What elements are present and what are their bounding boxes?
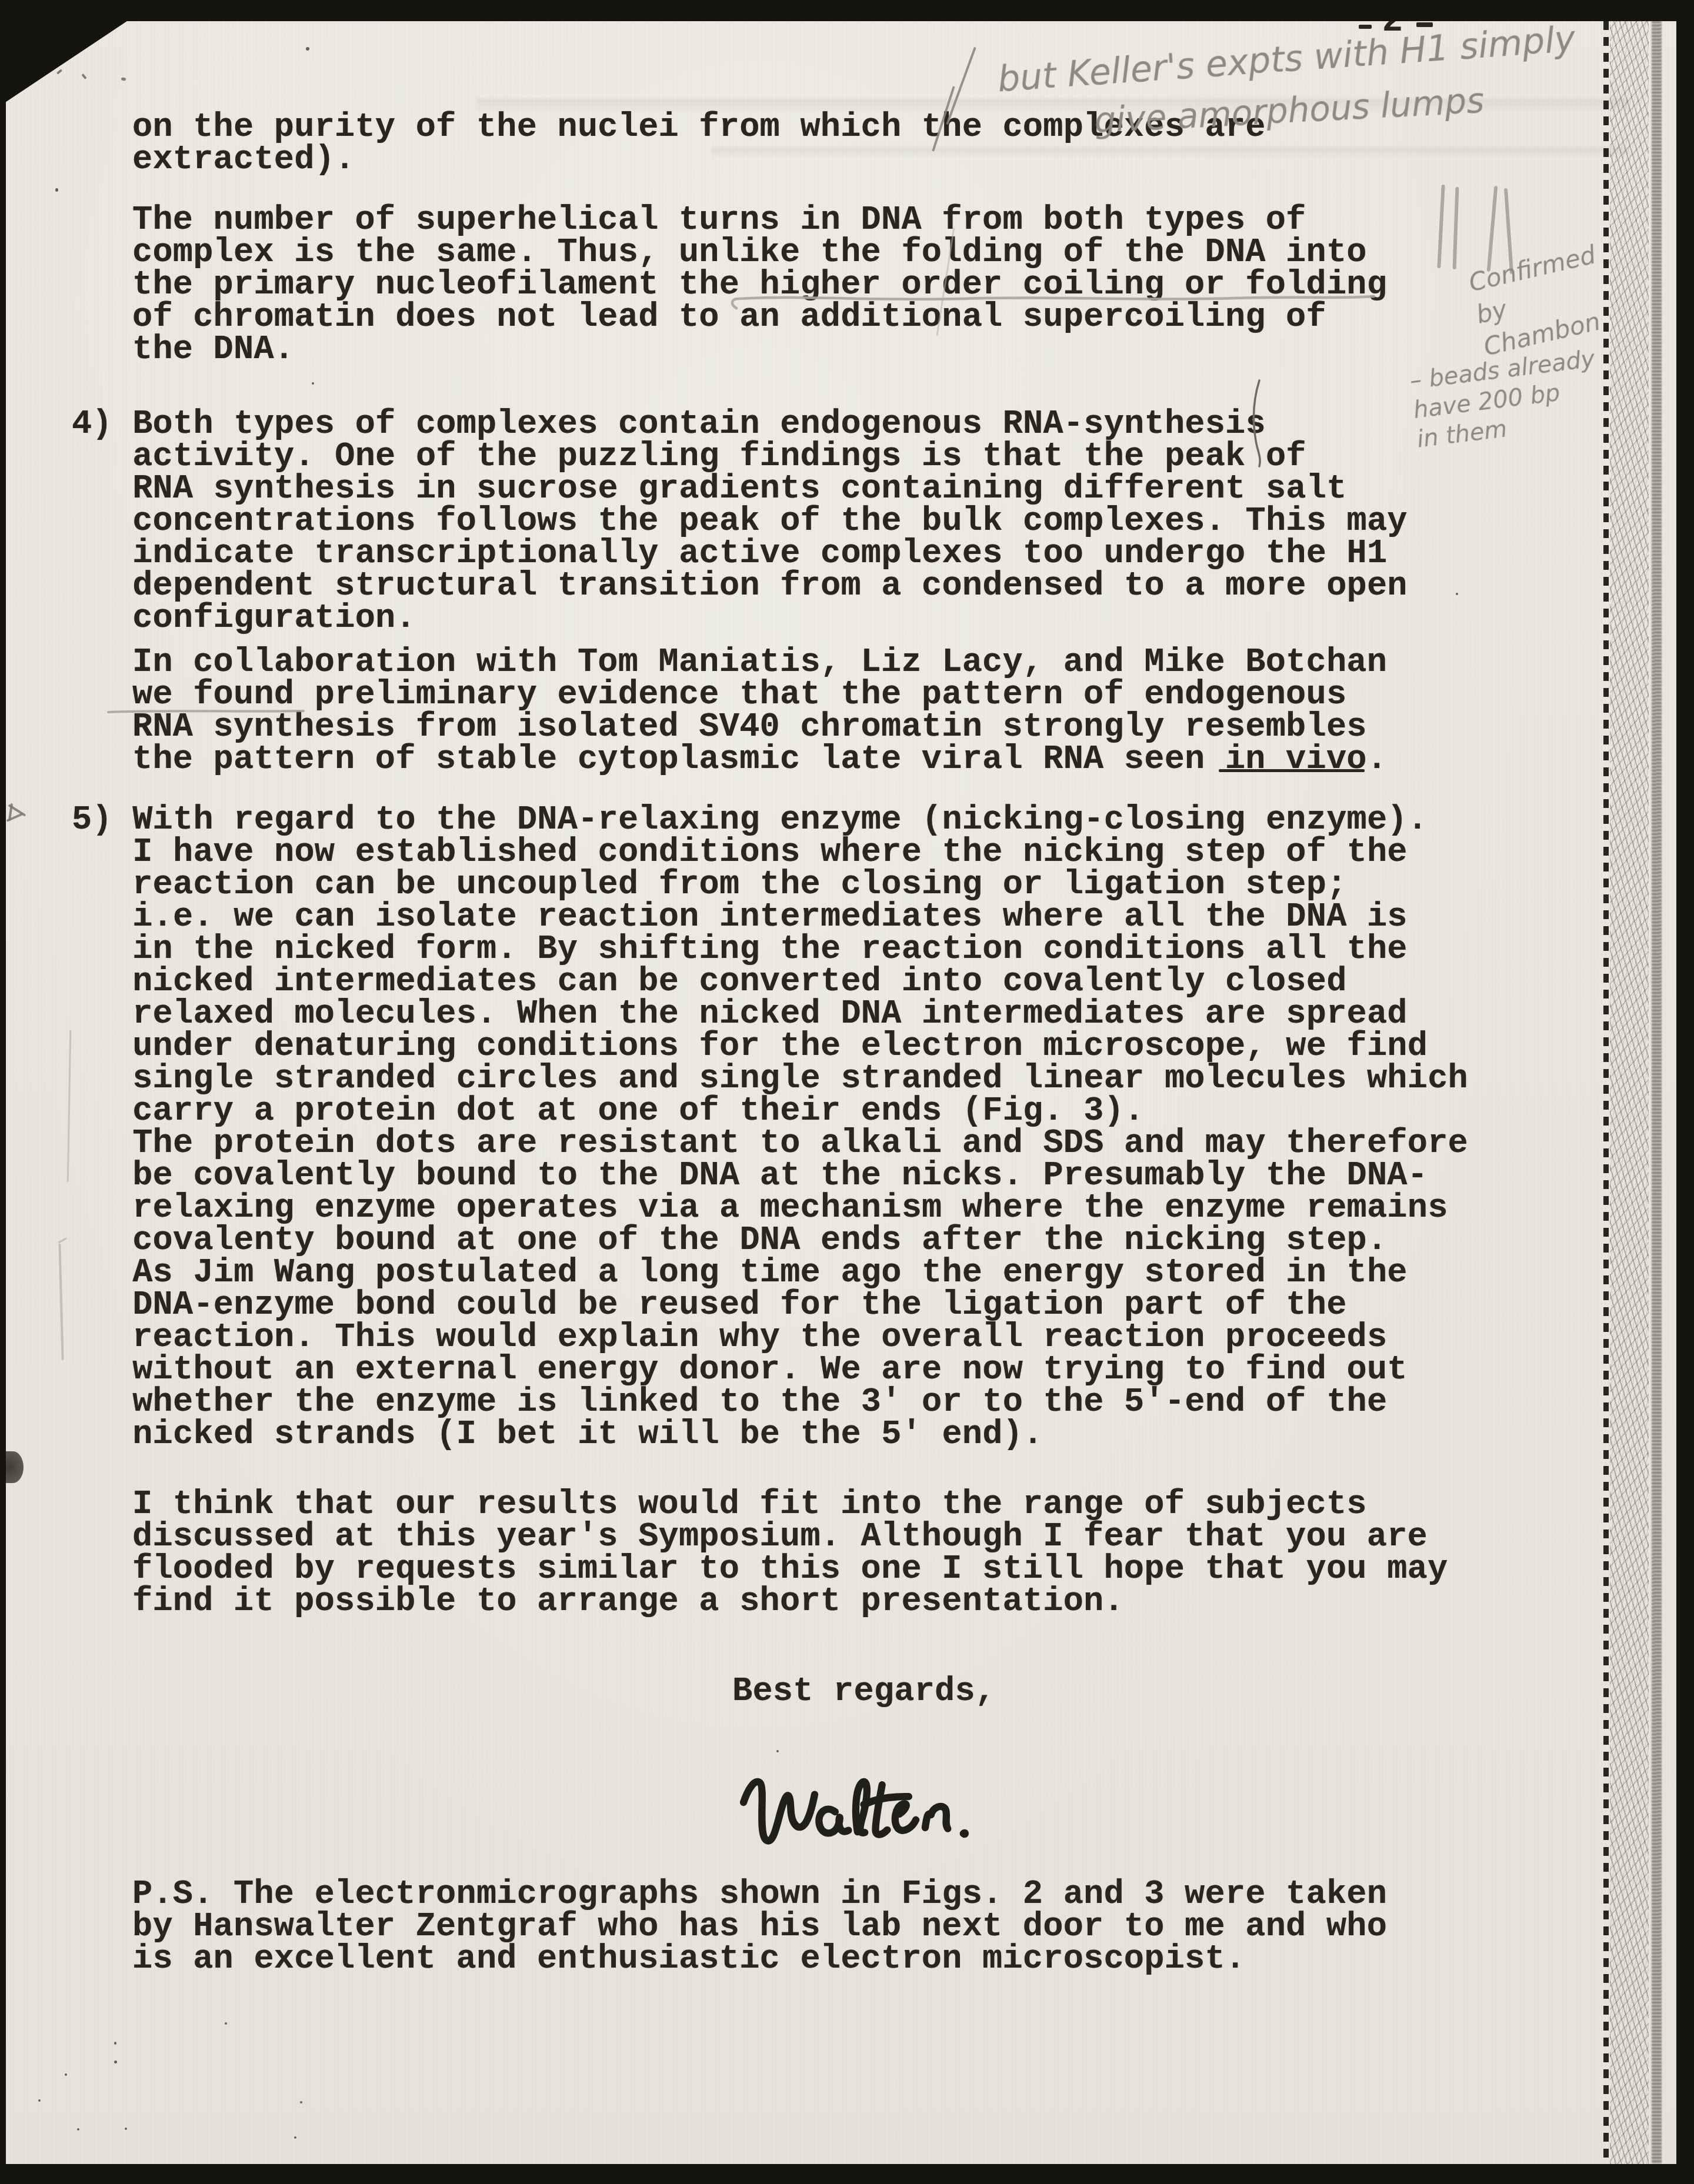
toner-speck <box>776 1750 779 1752</box>
toner-speck <box>300 2101 302 2103</box>
paragraph-collaboration: In collaboration with Tom Maniatis, Liz … <box>132 647 1387 776</box>
annotation-top-note-line1: but Keller's expts with H1 simply <box>996 21 1577 100</box>
edge-ink-blob <box>6 1451 24 1483</box>
toner-speck <box>65 2073 67 2076</box>
toner-speck <box>312 382 314 385</box>
emphasis-stroke <box>1437 185 1445 268</box>
margin-pencil-line <box>67 1030 72 1182</box>
pencil-underline-higher-order <box>728 293 1381 310</box>
pencil-underline-we-found <box>106 706 306 716</box>
letter-page: 2 on the purity of the nuclei from which… <box>6 21 1676 2164</box>
paragraph-item4: 4) Both types of complexes contain endog… <box>72 409 1408 635</box>
stray-mark <box>56 69 62 74</box>
toner-speck <box>125 2128 127 2130</box>
toner-speck <box>306 47 309 51</box>
scanned-letter: { "page": { "page_number": "2", "paper_c… <box>0 0 1694 2184</box>
margin-pencil-line <box>58 1244 64 1360</box>
page-number-dash <box>1359 25 1372 29</box>
emphasis-stroke <box>1453 187 1459 269</box>
paragraph-closing: I think that our results would fit into … <box>132 1489 1448 1618</box>
toner-speck <box>38 2099 41 2102</box>
toner-speck <box>77 2128 79 2130</box>
toner-speck <box>1456 593 1458 595</box>
margin-pencil-hook <box>58 1237 67 1243</box>
paragraph-item5: 5) With regard to the DNA-relaxing enzym… <box>72 804 1468 1451</box>
pencil-caret-mark <box>1250 379 1270 467</box>
ps-paragraph: P.S. The electronmicrographs shown in Fi… <box>132 1879 1387 1976</box>
signature-walter <box>727 1743 984 1875</box>
closing-salutation: Best regards, <box>732 1676 995 1708</box>
toner-speck <box>114 2061 117 2063</box>
emphasis-stroke <box>1487 186 1498 272</box>
toner-speck <box>294 2136 296 2139</box>
toner-speck <box>225 2022 227 2025</box>
binding-speckles <box>1610 21 1649 2164</box>
annotation-beads-note: – beads already have 200 bp in them <box>1408 344 1603 454</box>
binding-gray-band <box>1652 21 1662 2164</box>
paragraph-superhelical: The number of superhelical turns in DNA … <box>132 205 1387 366</box>
stray-mark <box>121 77 126 81</box>
toner-speck <box>55 188 58 192</box>
stray-mark <box>81 74 86 79</box>
binding-edge-strip <box>1603 21 1668 2164</box>
in-vivo-underline <box>1219 769 1365 772</box>
toner-speck <box>114 2042 116 2045</box>
page-number-dash <box>1416 22 1433 27</box>
binding-dash-line <box>1603 21 1609 2164</box>
